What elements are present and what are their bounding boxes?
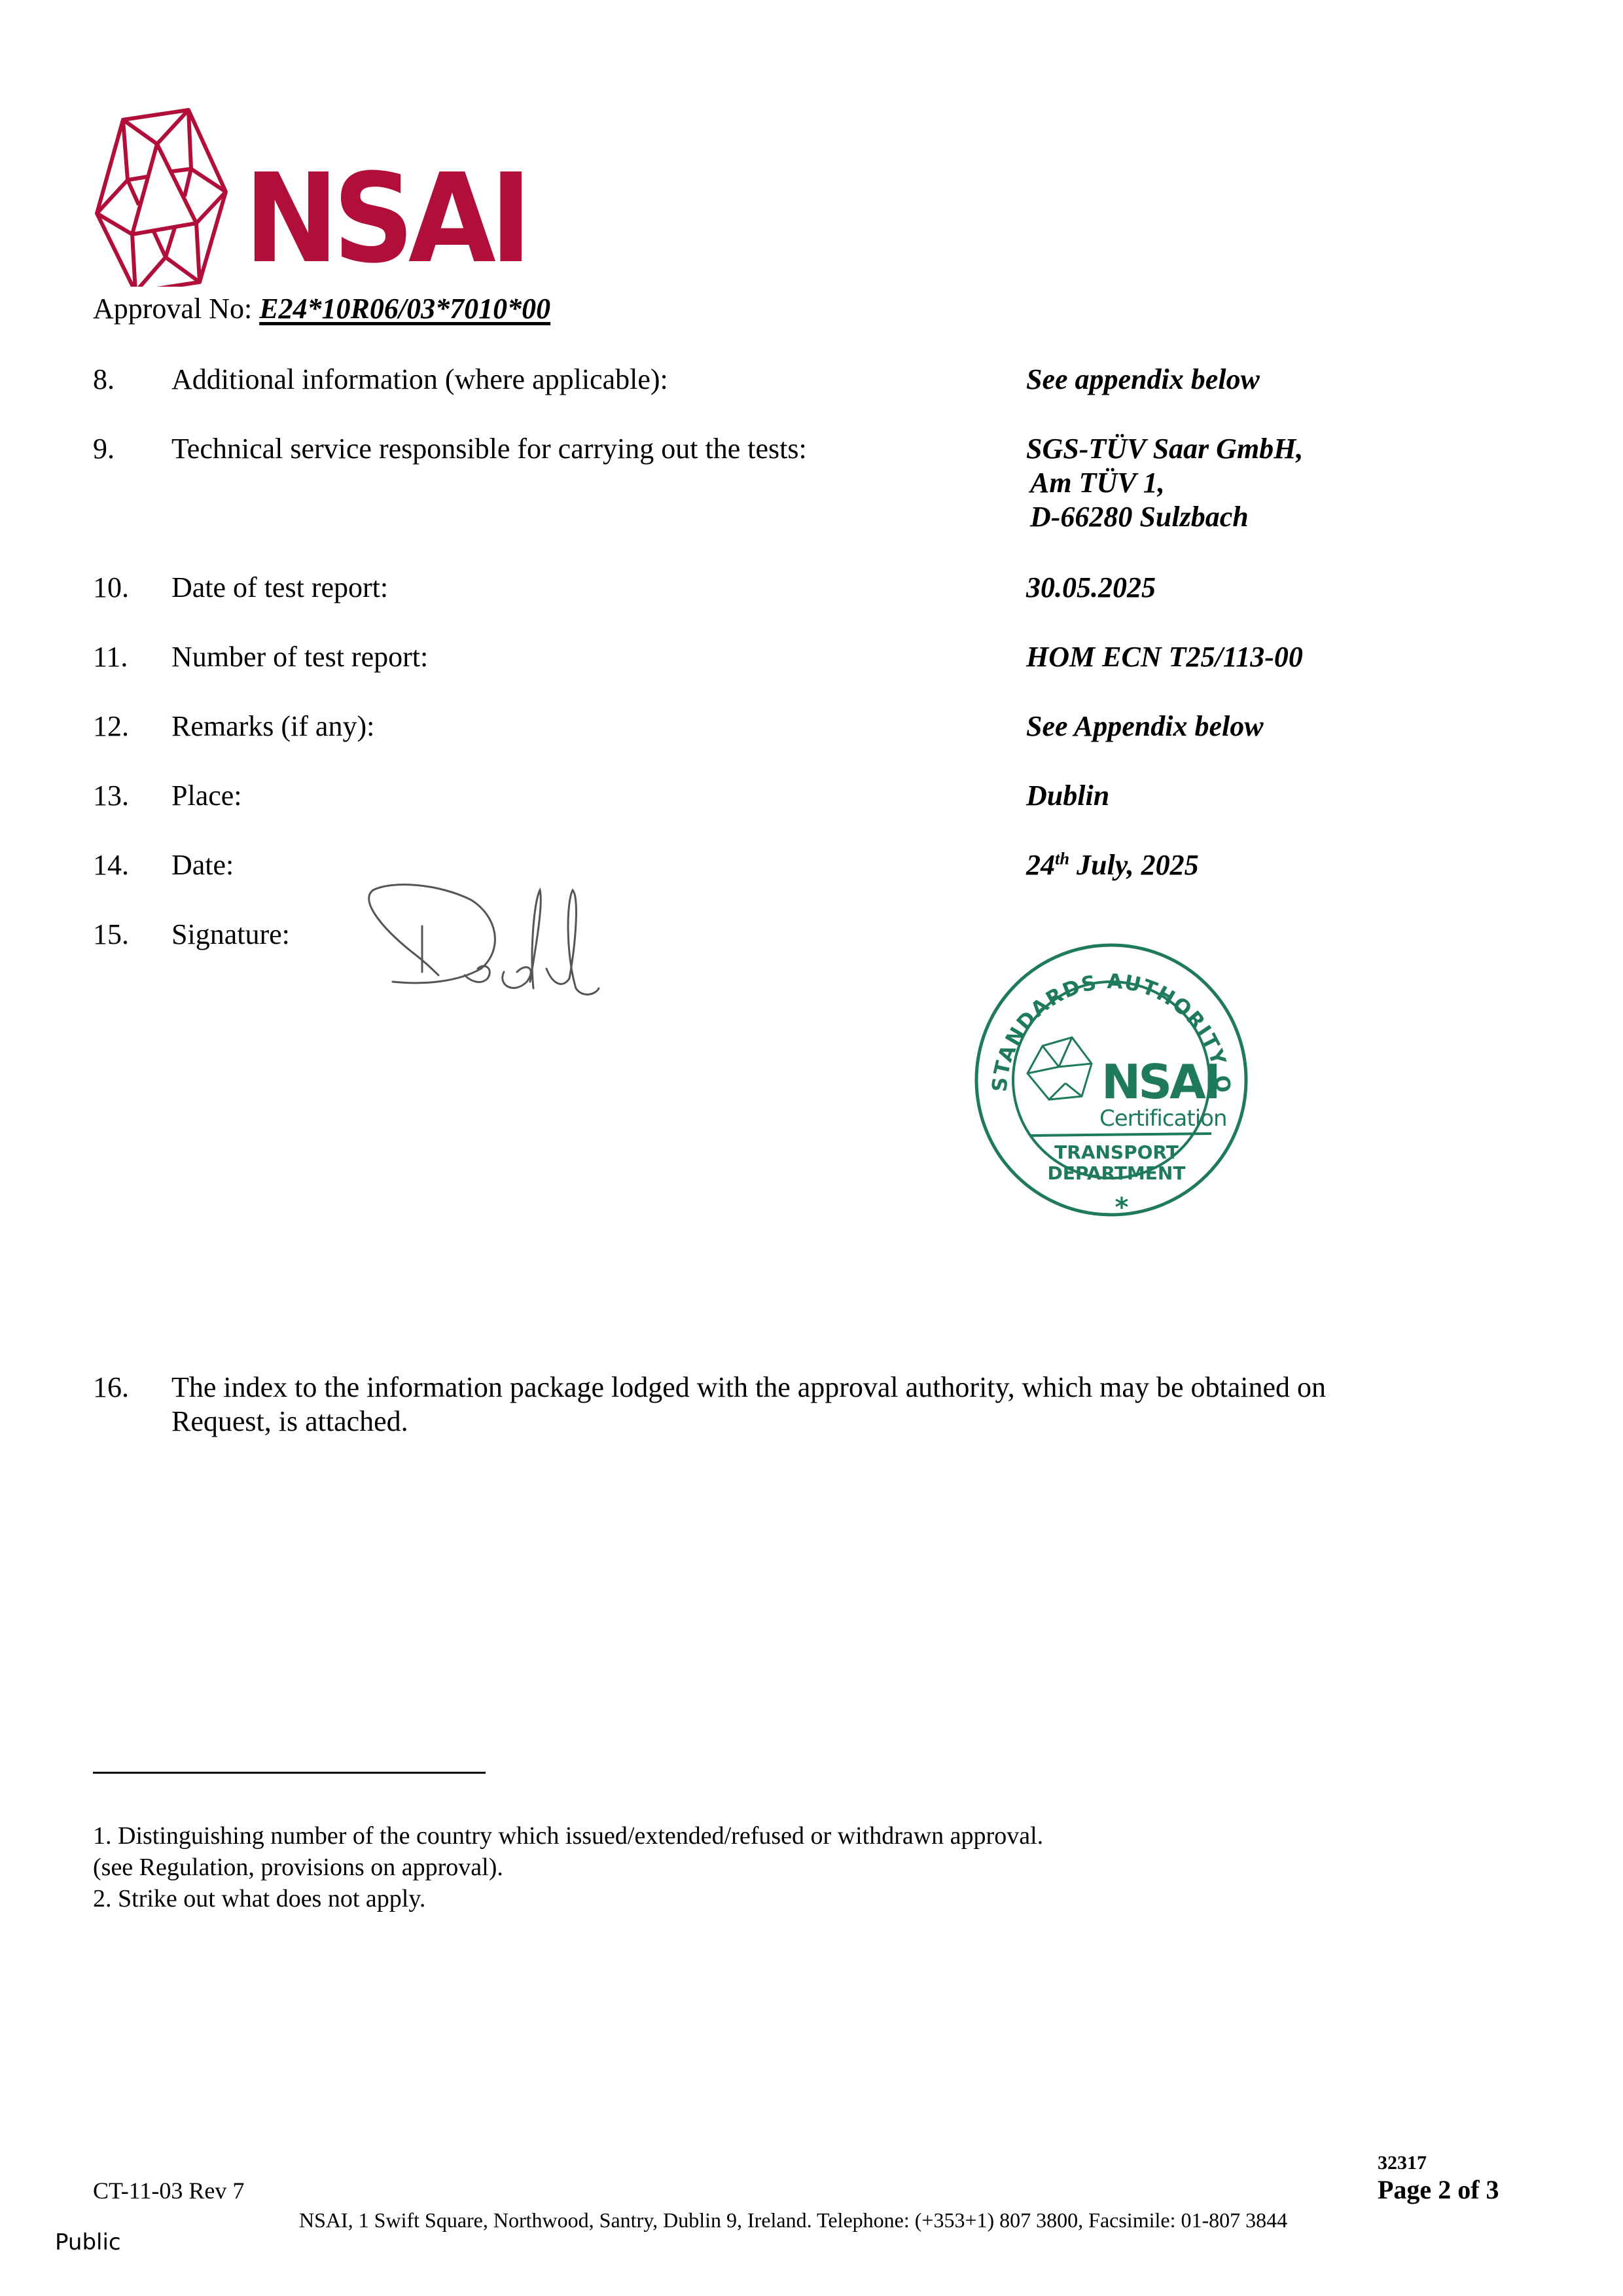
item-13-value: Dublin (1026, 779, 1109, 813)
item-11-label: Number of test report: (171, 640, 428, 674)
stamp-dept-line-1: TRANSPORT (1054, 1141, 1179, 1163)
item-9-label: Technical service responsible for carryi… (171, 432, 807, 466)
item-8-value: See appendix below (1026, 363, 1260, 397)
nsai-certification-stamp: NATIONAL STANDARDS AUTHORITY OF IRELAND … (967, 936, 1255, 1224)
footer-address: NSAI, 1 Swift Square, Northwood, Santry,… (299, 2208, 1287, 2233)
approval-number: E24*10R06/03*7010*00 (259, 293, 550, 325)
item-14-ordinal: th (1055, 848, 1069, 868)
stamp-dept-line-2: DEPARTMENT (1048, 1162, 1186, 1184)
item-13-number: 13. (93, 779, 129, 813)
item-9-number: 9. (93, 432, 115, 466)
document-number: 32317 (1378, 2152, 1427, 2174)
approval-line: Approval No: E24*10R06/03*7010*00 (93, 292, 550, 326)
item-14-value: 24th July, 2025 (1026, 848, 1199, 882)
item-14-month-year: July, 2025 (1069, 849, 1199, 881)
item-12-label: Remarks (if any): (171, 709, 374, 744)
item-10-number: 10. (93, 571, 129, 605)
approval-label: Approval No: (93, 293, 259, 325)
stamp-subtitle: Certification (1099, 1105, 1227, 1132)
nsai-logo: NSAI (92, 97, 609, 287)
item-16-number: 16. (93, 1371, 129, 1403)
item-13-label: Place: (171, 779, 242, 813)
stamp-star-icon: * (1115, 1193, 1129, 1223)
item-10-value: 30.05.2025 (1026, 571, 1156, 605)
stamp-logo-text: NSAI (1101, 1054, 1219, 1109)
item-16: 16. The index to the information package… (93, 1371, 129, 1405)
item-12-value: See Appendix below (1026, 709, 1264, 744)
item-16-text-line-1: The index to the information package lod… (171, 1371, 1326, 1405)
item-14-label: Date: (171, 848, 234, 882)
footnote-1: 1. Distinguishing number of the country … (93, 1821, 1043, 1851)
item-14-number: 14. (93, 848, 129, 882)
handwritten-signature-icon (340, 864, 602, 1008)
item-10-label: Date of test report: (171, 571, 388, 605)
item-9-value-line-1: SGS-TÜV Saar GmbH, (1026, 432, 1303, 466)
signature (340, 864, 602, 1008)
logo-wordmark: NSAI (244, 157, 526, 281)
official-seal-icon: NATIONAL STANDARDS AUTHORITY OF IRELAND … (967, 936, 1255, 1224)
classification-label: Public (55, 2229, 121, 2255)
item-14-day: 24 (1026, 849, 1055, 881)
footnote-2: 2. Strike out what does not apply. (93, 1884, 425, 1914)
footnote-separator (93, 1772, 486, 1774)
item-15-label: Signature: (171, 918, 290, 952)
item-8-label: Additional information (where applicable… (171, 363, 668, 397)
item-9-value-line-2: Am TÜV 1, (1030, 466, 1165, 500)
footnote-1-continued: (see Regulation, provisions on approval)… (93, 1852, 503, 1882)
item-11-value: HOM ECN T25/113-00 (1026, 640, 1303, 674)
item-16-text-line-2: Request, is attached. (171, 1405, 408, 1439)
item-15-number: 15. (93, 918, 129, 952)
item-8-number: 8. (93, 363, 115, 397)
item-9-value-line-3: D-66280 Sulzbach (1030, 500, 1249, 534)
item-12-number: 12. (93, 709, 129, 744)
page-indicator: Page 2 of 3 (1378, 2174, 1499, 2205)
form-reference: CT-11-03 Rev 7 (93, 2177, 244, 2204)
item-11-number: 11. (93, 640, 128, 674)
